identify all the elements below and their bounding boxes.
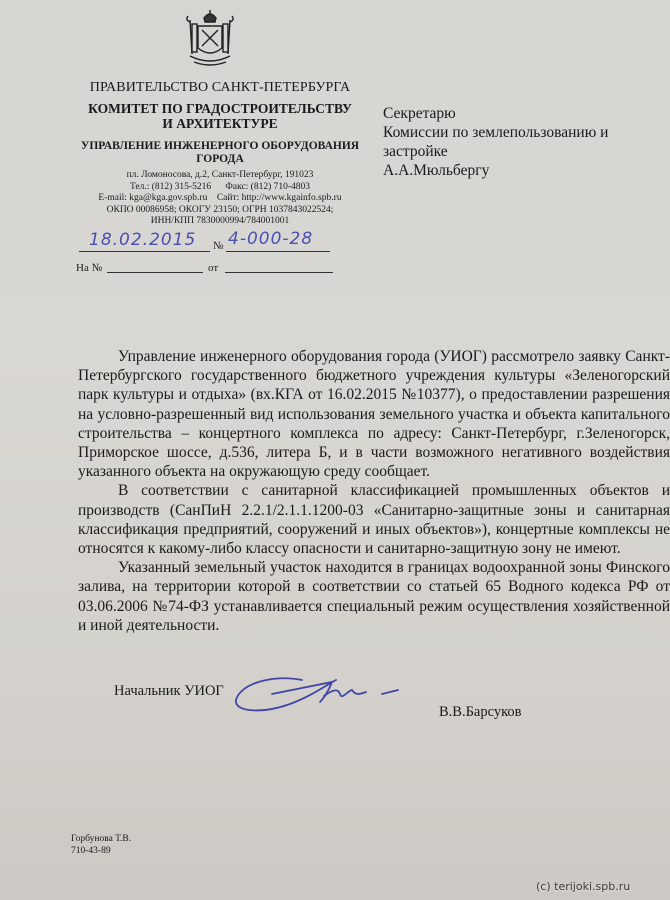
reply-from-label: от — [208, 262, 218, 274]
phone-fax: Тел.: (812) 315-5216 Факс: (812) 710-480… — [60, 182, 380, 194]
reply-date-field — [225, 257, 333, 273]
reply-number-label: На № — [76, 262, 102, 274]
website: Сайт: http://www.kgainfo.spb.ru — [217, 193, 342, 203]
department-title: УПРАВЛЕНИЕ ИНЖЕНЕРНОГО ОБОРУДОВАНИЯ ГОРО… — [60, 140, 380, 166]
fax: Факс: (812) 710-4803 — [225, 182, 310, 192]
department-line-1: УПРАВЛЕНИЕ ИНЖЕНЕРНОГО ОБОРУДОВАНИЯ — [60, 140, 380, 153]
email-site: E-mail: kga@kga.gov.spb.ru Сайт: http://… — [60, 193, 380, 205]
executor-block: Горбунова Т.В. 710-43-89 — [71, 834, 131, 857]
phone: Тел.: (812) 315-5216 — [130, 182, 211, 192]
handwritten-signature-icon — [232, 672, 422, 722]
body-paragraph-1: Управление инженерного оборудования горо… — [78, 347, 670, 481]
addressee-block: Секретарю Комиссии по землепользованию и… — [383, 104, 608, 180]
outgoing-number-field: 4-000-28 — [226, 233, 330, 252]
inn-kpp: ИНН/КПП 7830000994/784001001 — [60, 216, 380, 228]
number-label: № — [213, 240, 224, 252]
committee-line-2: И АРХИТЕКТУРЕ — [60, 116, 380, 131]
addressee-line-2: Комиссии по землепользованию и — [383, 123, 608, 142]
committee-line-1: КОМИТЕТ ПО ГРАДОСТРОИТЕЛЬСТВУ — [60, 101, 380, 116]
letter-body: Управление инженерного оборудования горо… — [78, 347, 670, 635]
addressee-line-3: застройке — [383, 142, 608, 161]
signer-name: В.В.Барсуков — [439, 704, 522, 721]
government-title: ПРАВИТЕЛЬСТВО САНКТ-ПЕТЕРБУРГА — [60, 80, 380, 96]
department-line-2: ГОРОДА — [60, 153, 380, 166]
outgoing-number: 4-000-28 — [228, 229, 313, 249]
watermark: (c) terijoki.spb.ru — [536, 880, 630, 893]
outgoing-date-field: 18.02.2015 — [79, 233, 210, 252]
reply-number-field — [107, 257, 203, 273]
addressee-line-4: А.А.Мюльбергу — [383, 161, 608, 180]
coat-of-arms-icon — [180, 8, 240, 70]
executor-name: Горбунова Т.В. — [71, 834, 131, 846]
addressee-line-1: Секретарю — [383, 104, 608, 123]
contact-block: пл. Ломоносова, д.2, Санкт-Петербург, 19… — [60, 170, 380, 228]
outgoing-date: 18.02.2015 — [89, 230, 196, 250]
signer-position: Начальник УИОГ — [114, 683, 224, 700]
body-paragraph-2: В соответствии с санитарной классификаци… — [78, 481, 670, 558]
email: E-mail: kga@kga.gov.spb.ru — [98, 193, 207, 203]
committee-title: КОМИТЕТ ПО ГРАДОСТРОИТЕЛЬСТВУ И АРХИТЕКТ… — [60, 101, 380, 131]
address: пл. Ломоносова, д.2, Санкт-Петербург, 19… — [60, 170, 380, 182]
executor-phone: 710-43-89 — [71, 846, 131, 858]
registry-codes: ОКПО 00086958; ОКОГУ 23150; ОГРН 1037843… — [60, 205, 380, 217]
body-paragraph-3: Указанный земельный участок находится в … — [78, 558, 670, 635]
